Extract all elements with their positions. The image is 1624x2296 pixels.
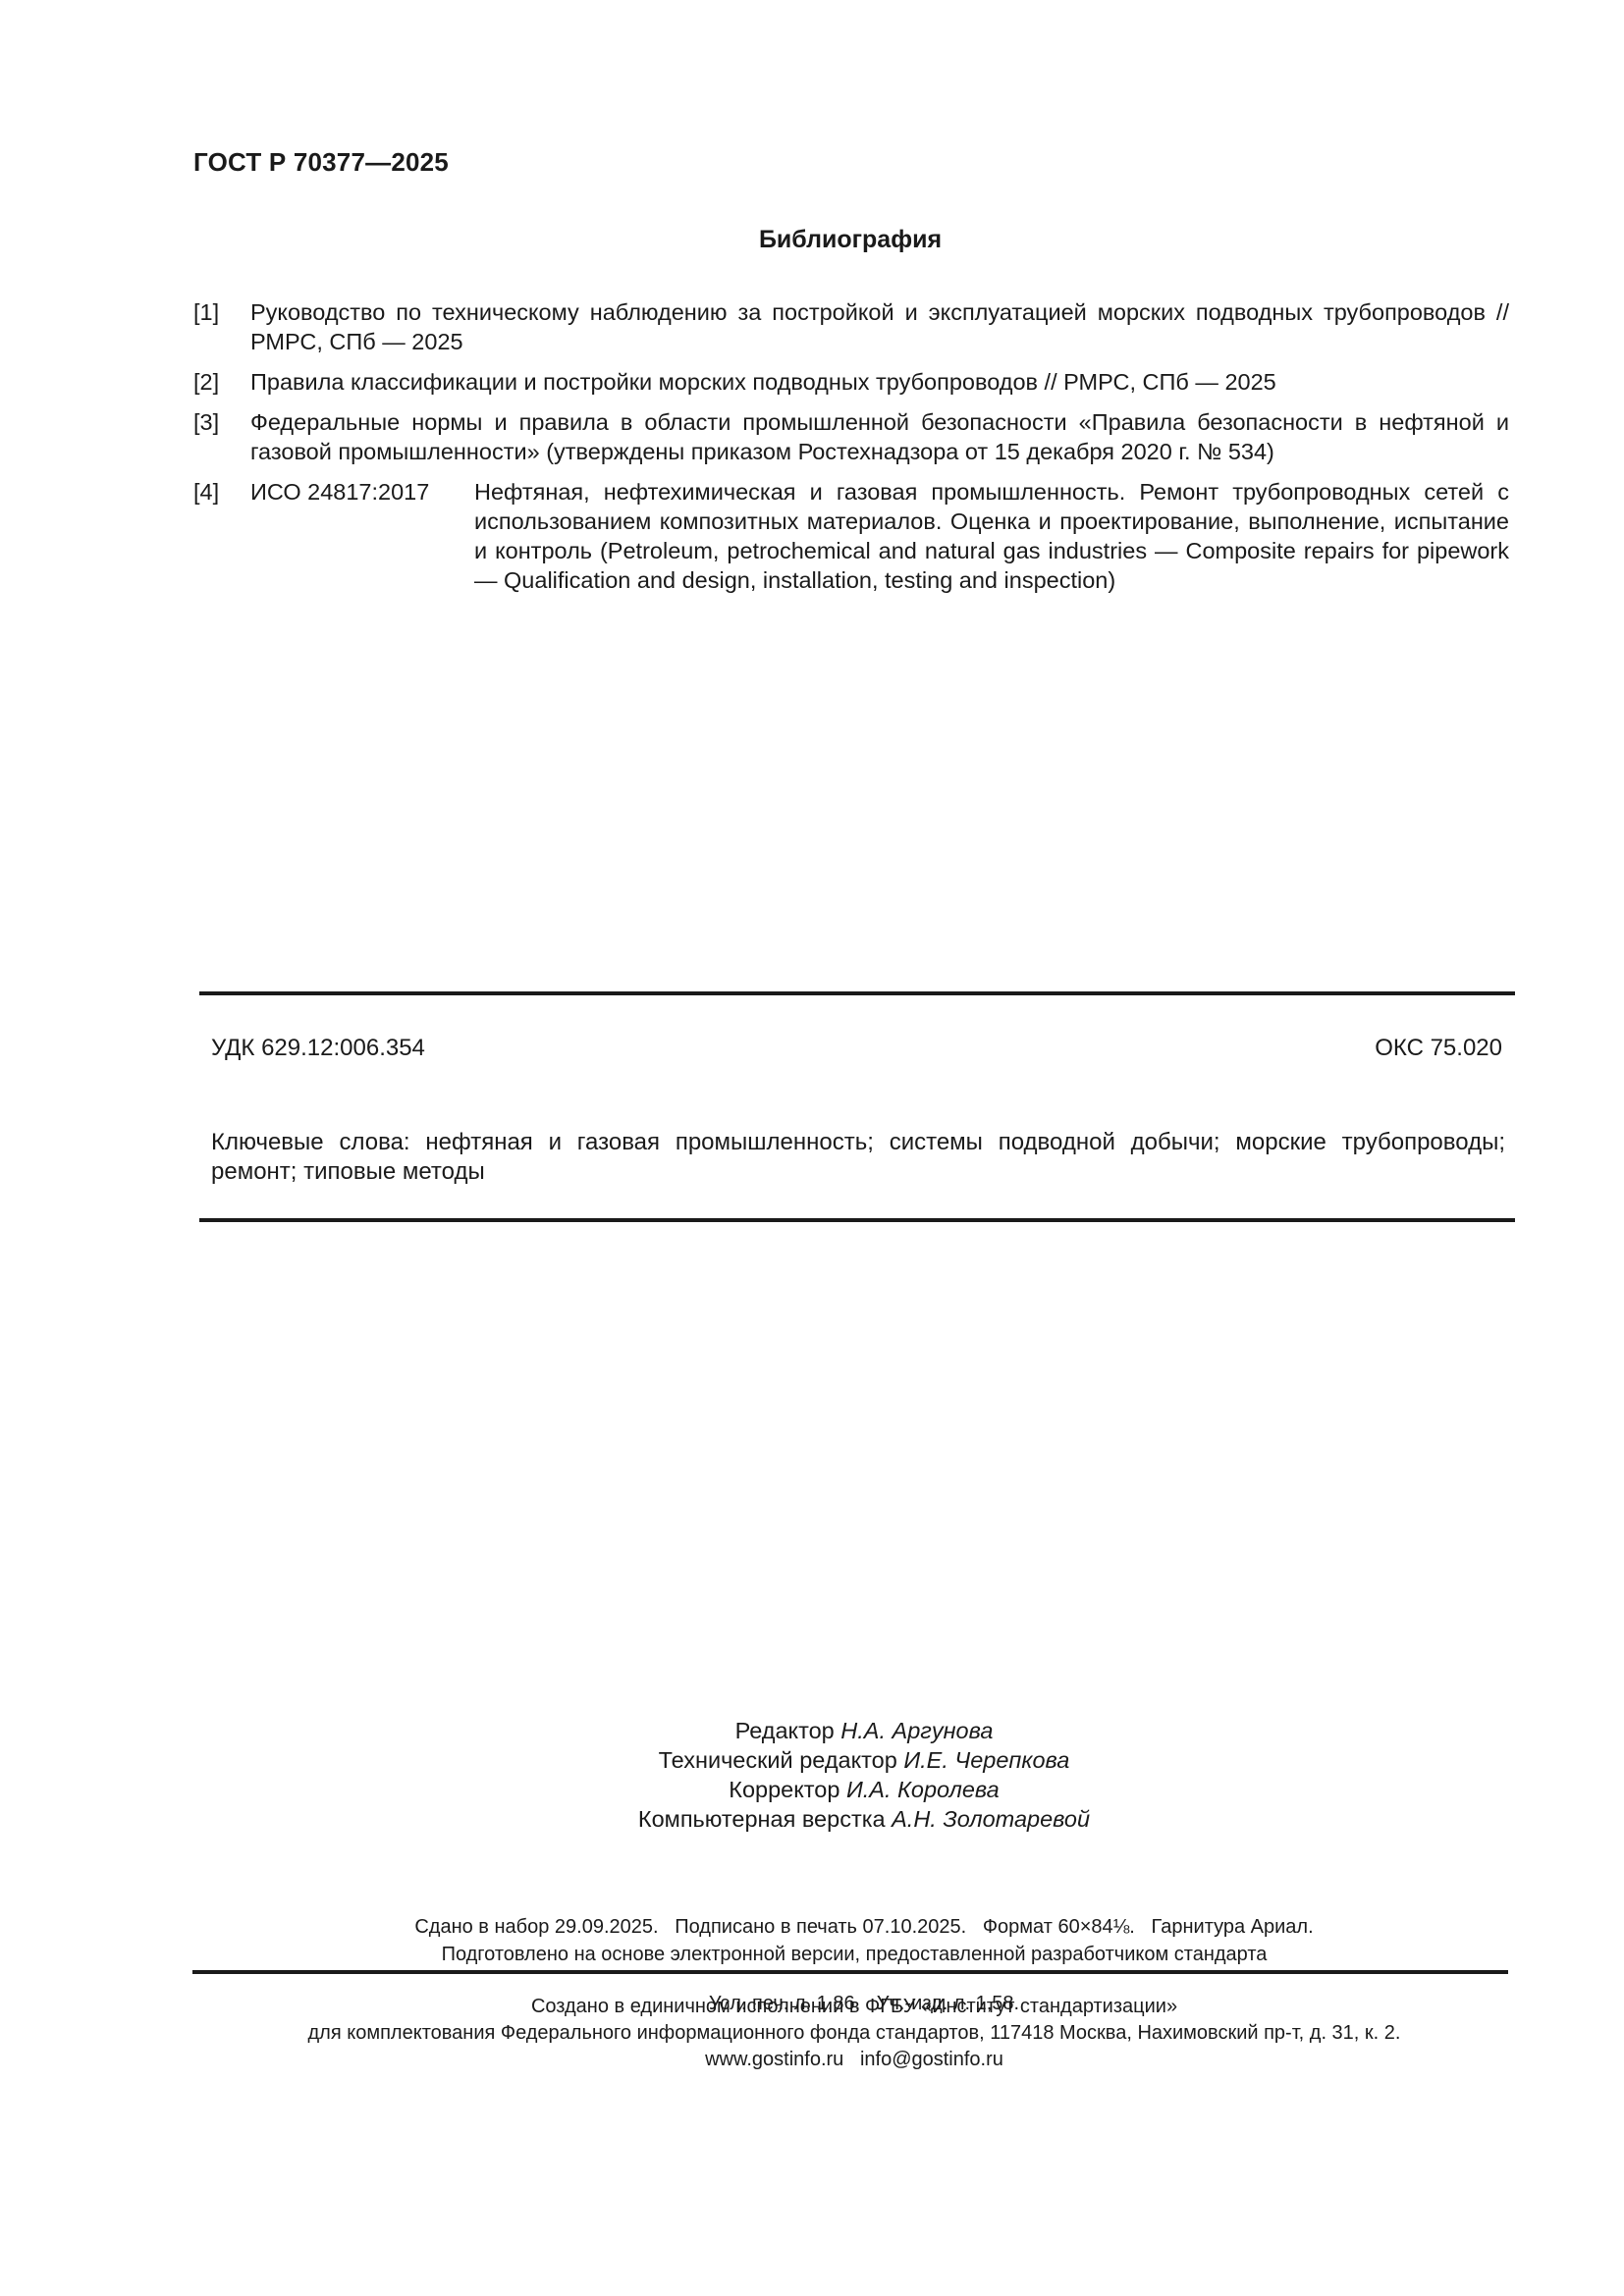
bibliography-item: [4] ИСО 24817:2017 Нефтяная, нефтехимиче…	[193, 477, 1509, 595]
editor-role: Технический редактор	[659, 1747, 897, 1773]
publication-info-line: Сдано в набор 29.09.2025. Подписано в пе…	[0, 1914, 1624, 1940]
bibliography-item-number: [2]	[193, 367, 250, 397]
editors-block: Редактор Н.А. Аргунова Технический редак…	[0, 1716, 1624, 1834]
editor-name: И.А. Королева	[846, 1777, 1000, 1802]
editor-role: Редактор	[735, 1718, 835, 1743]
email-link[interactable]: info@gostinfo.ru	[860, 2049, 1003, 2070]
bibliography-item-text: Нефтяная, нефтехимическая и газовая пром…	[474, 477, 1509, 595]
bibliography-item: [2] Правила классификации и постройки мо…	[193, 367, 1509, 397]
editor-role: Компьютерная верстка	[638, 1806, 886, 1832]
bibliography-item-number: [4]	[193, 477, 250, 595]
bibliography-item-number: [3]	[193, 407, 250, 466]
contacts-line: www.gostinfo.ru info@gostinfo.ru	[0, 2047, 1624, 2073]
bibliography-item-number: [1]	[193, 297, 250, 356]
editor-name: Н.А. Аргунова	[840, 1718, 993, 1743]
bibliography-heading: Библиография	[0, 226, 1624, 254]
website-link[interactable]: www.gostinfo.ru	[705, 2049, 843, 2070]
document-id: ГОСТ Р 70377—2025	[193, 147, 449, 178]
editor-line: Корректор И.А. Королева	[0, 1775, 1624, 1804]
bibliography-item-text: Федеральные нормы и правила в области пр…	[250, 407, 1509, 466]
editor-name: И.Е. Черепкова	[903, 1747, 1069, 1773]
bibliography-item-text: Правила классификации и постройки морски…	[250, 367, 1509, 397]
bibliography-item-text: Руководство по техническому наблюдению з…	[250, 297, 1509, 356]
editor-role: Корректор	[729, 1777, 839, 1802]
prepared-note: Подготовлено на основе электронной верси…	[0, 1944, 1624, 1966]
keywords: Ключевые слова: нефтяная и газовая промы…	[211, 1128, 1505, 1187]
bibliography-item: [1] Руководство по техническому наблюден…	[193, 297, 1509, 356]
editor-line: Технический редактор И.Е. Черепкова	[0, 1745, 1624, 1775]
divider-keywords	[199, 1218, 1515, 1222]
created-line: Создано в единичном исполнении в ФГБУ «И…	[0, 1994, 1624, 2020]
divider-bottom	[192, 1970, 1508, 1974]
editor-name: А.Н. Золотаревой	[892, 1806, 1090, 1832]
created-line: для комплектования Федерального информац…	[0, 2020, 1624, 2047]
editor-line: Редактор Н.А. Аргунова	[0, 1716, 1624, 1745]
udk-code: УДК 629.12:006.354	[211, 1035, 425, 1062]
divider-top	[199, 991, 1515, 995]
bibliography-item: [3] Федеральные нормы и правила в област…	[193, 407, 1509, 466]
created-note: Создано в единичном исполнении в ФГБУ «И…	[0, 1994, 1624, 2073]
bibliography-item-code: ИСО 24817:2017	[250, 477, 474, 595]
oks-code: ОКС 75.020	[1375, 1035, 1502, 1062]
editor-line: Компьютерная верстка А.Н. Золотаревой	[0, 1804, 1624, 1834]
bibliography-list: [1] Руководство по техническому наблюден…	[193, 297, 1509, 606]
